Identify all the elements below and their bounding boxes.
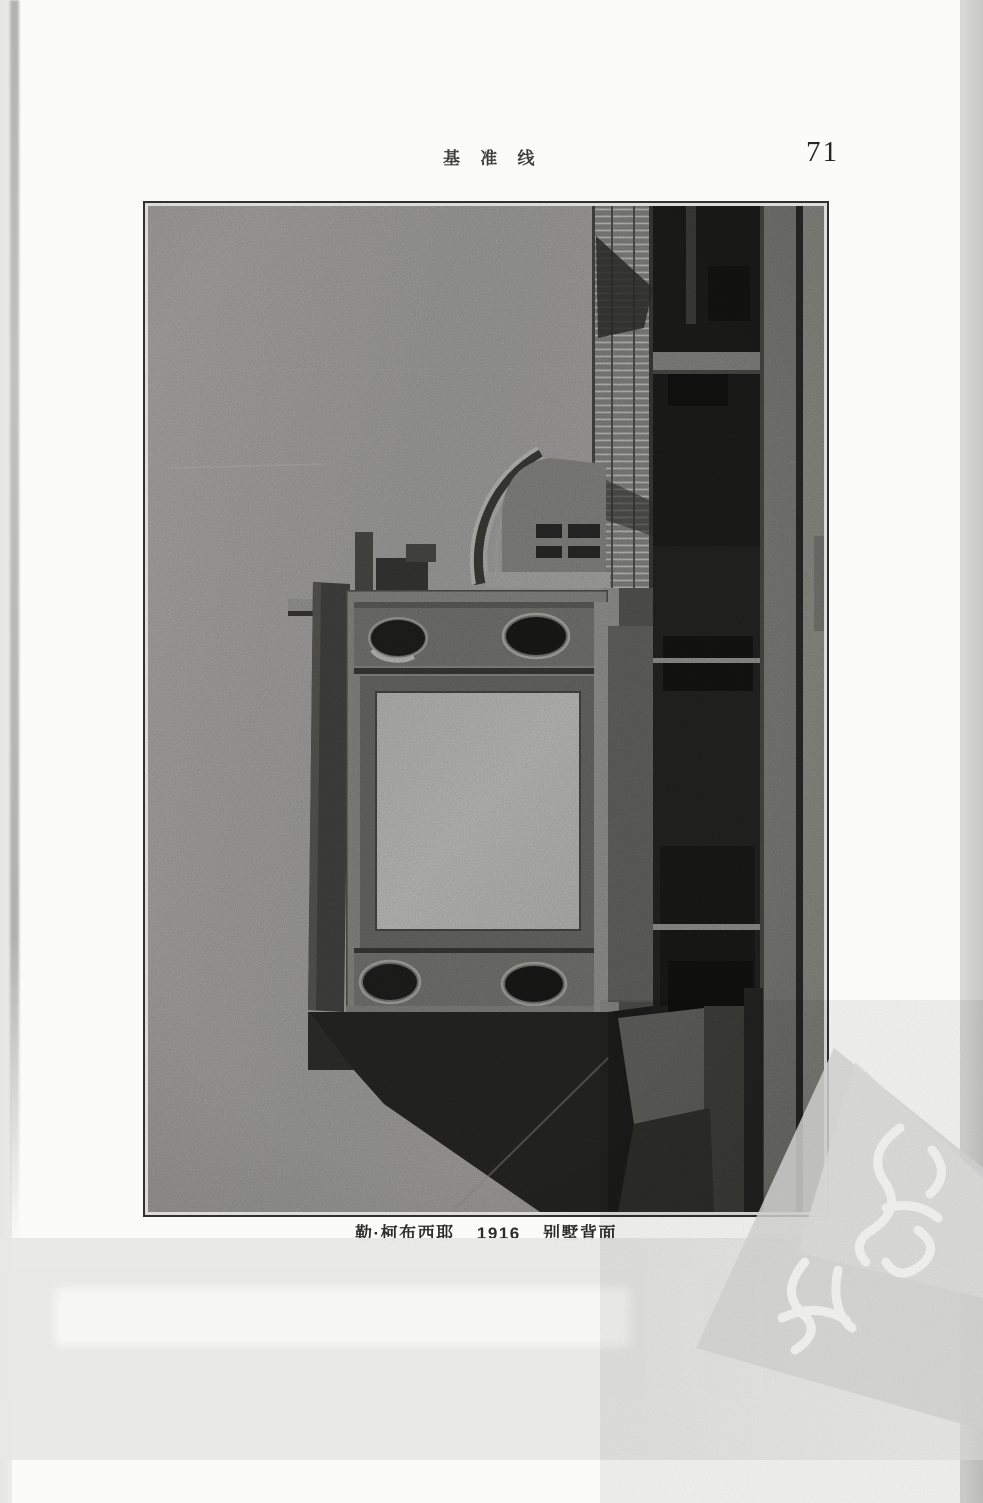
watermark-grain-overlay [600,1000,983,1503]
watermark-seal [600,1000,983,1503]
book-page: 基 准 线 71 [0,0,983,1503]
